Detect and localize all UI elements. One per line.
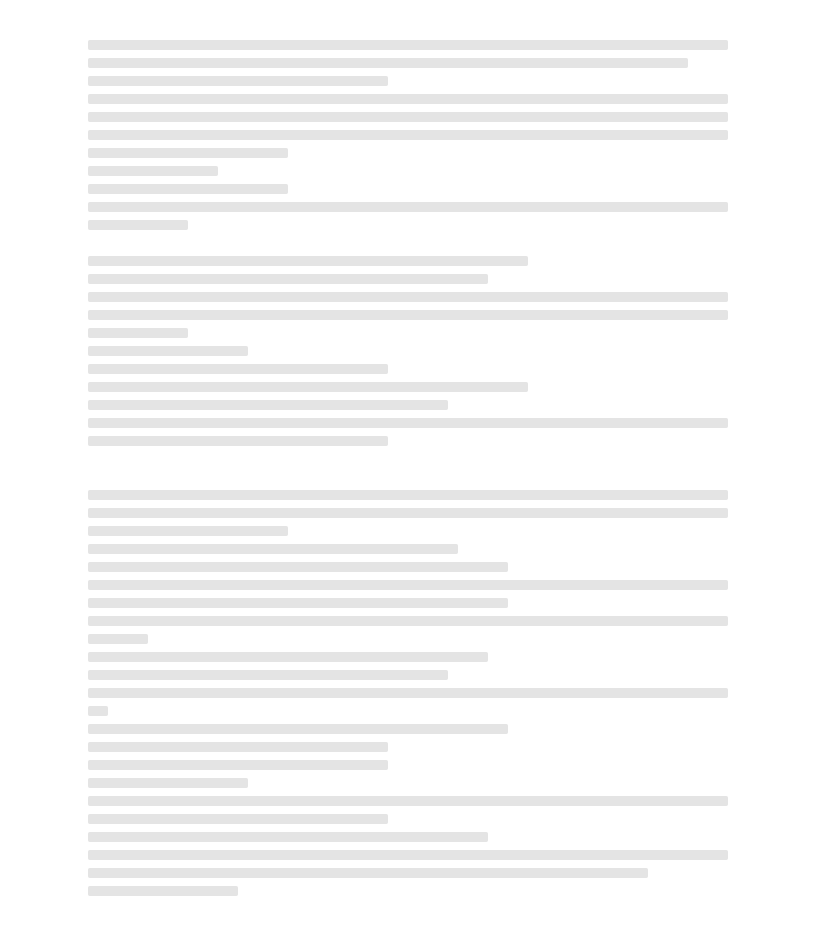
- text-placeholder: [88, 634, 148, 644]
- text-line: [88, 576, 728, 594]
- text-line: [88, 558, 728, 576]
- text-line: [88, 90, 728, 108]
- text-line: [88, 774, 728, 792]
- text-line: [88, 504, 728, 522]
- text-placeholder: [88, 328, 188, 338]
- text-placeholder: [88, 724, 508, 734]
- text-line: [88, 324, 728, 342]
- text-line: [88, 702, 728, 720]
- text-line: [88, 270, 728, 288]
- text-placeholder: [88, 490, 728, 500]
- text-placeholder: [88, 292, 728, 302]
- text-line: [88, 198, 728, 216]
- text-placeholder: [88, 346, 248, 356]
- text-placeholder: [88, 94, 728, 104]
- text-placeholder: [88, 364, 388, 374]
- text-placeholder: [88, 256, 528, 266]
- text-line: [88, 54, 728, 72]
- text-placeholder: [88, 310, 728, 320]
- text-line: [88, 846, 728, 864]
- text-placeholder: [88, 76, 388, 86]
- text-line: [88, 144, 728, 162]
- text-placeholder: [88, 652, 488, 662]
- text-line: [88, 666, 728, 684]
- text-line: [88, 738, 728, 756]
- text-placeholder: [88, 148, 288, 158]
- text-placeholder: [88, 58, 688, 68]
- text-line: [88, 72, 728, 90]
- text-line: [88, 720, 728, 738]
- text-placeholder: [88, 778, 248, 788]
- text-placeholder: [88, 886, 238, 896]
- text-placeholder: [88, 202, 728, 212]
- text-placeholder: [88, 112, 728, 122]
- text-placeholder: [88, 562, 508, 572]
- text-placeholder: [88, 706, 108, 716]
- text-placeholder: [88, 130, 728, 140]
- text-placeholder: [88, 436, 388, 446]
- text-line: [88, 414, 728, 432]
- text-line: [88, 594, 728, 612]
- text-line: [88, 432, 728, 450]
- text-placeholder: [88, 526, 288, 536]
- text-placeholder: [88, 580, 728, 590]
- document-page: [88, 36, 728, 900]
- text-line: [88, 396, 728, 414]
- text-placeholder: [88, 274, 488, 284]
- text-placeholder: [88, 616, 728, 626]
- section-gap: [88, 450, 728, 486]
- text-line: [88, 828, 728, 846]
- text-placeholder: [88, 40, 728, 50]
- text-line: [88, 540, 728, 558]
- text-line: [88, 36, 728, 54]
- text-placeholder: [88, 382, 528, 392]
- text-line: [88, 756, 728, 774]
- text-placeholder: [88, 220, 188, 230]
- text-line: [88, 810, 728, 828]
- text-line: [88, 126, 728, 144]
- text-placeholder: [88, 796, 728, 806]
- text-line: [88, 108, 728, 126]
- text-line: [88, 882, 728, 900]
- text-line: [88, 342, 728, 360]
- text-line: [88, 684, 728, 702]
- text-placeholder: [88, 166, 218, 176]
- text-line: [88, 792, 728, 810]
- text-line: [88, 612, 728, 630]
- text-placeholder: [88, 184, 288, 194]
- text-placeholder: [88, 814, 388, 824]
- text-placeholder: [88, 868, 648, 878]
- paragraph-gap: [88, 234, 728, 252]
- text-placeholder: [88, 760, 388, 770]
- text-placeholder: [88, 832, 488, 842]
- text-line: [88, 630, 728, 648]
- text-line: [88, 180, 728, 198]
- text-placeholder: [88, 850, 728, 860]
- text-line: [88, 378, 728, 396]
- text-line: [88, 288, 728, 306]
- text-placeholder: [88, 544, 458, 554]
- text-placeholder: [88, 742, 388, 752]
- text-line: [88, 486, 728, 504]
- text-line: [88, 216, 728, 234]
- text-line: [88, 162, 728, 180]
- text-placeholder: [88, 688, 728, 698]
- text-line: [88, 360, 728, 378]
- text-placeholder: [88, 670, 448, 680]
- text-line: [88, 522, 728, 540]
- text-line: [88, 306, 728, 324]
- text-placeholder: [88, 400, 448, 410]
- text-placeholder: [88, 598, 508, 608]
- text-line: [88, 252, 728, 270]
- text-line: [88, 864, 728, 882]
- text-placeholder: [88, 508, 728, 518]
- text-placeholder: [88, 418, 728, 428]
- text-line: [88, 648, 728, 666]
